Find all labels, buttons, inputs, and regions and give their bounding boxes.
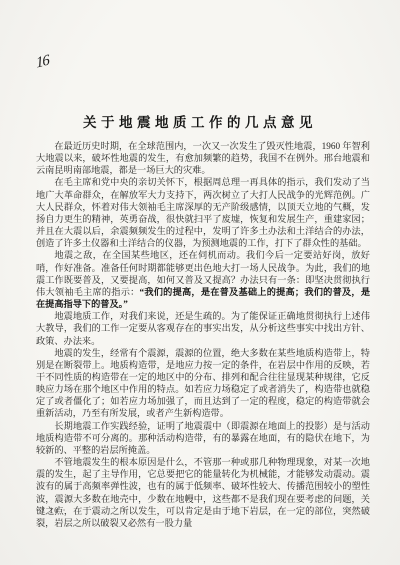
paragraph-2-text: 在毛主席和党中央的亲切关怀下，根据周总理一再具体的指示，我们发动了当地广大革命群… (36, 177, 370, 248)
paragraph-3: 地震之敌，在全国某些地区，还在伺机而动。我们今后一定要站好岗，放好哨，作好准备。… (36, 249, 370, 310)
paragraph-5: 地震的发生，经常有个震源，震源的位置，绝大多数在某些地质构造带上，特别是在断裂带… (36, 347, 370, 420)
paragraph-1: 在最近历史时期，在全球范围内，一次又一次发生了毁灭性地震，1960 年智利大地震… (36, 140, 370, 176)
handwritten-margin-mark: 16 (35, 52, 49, 72)
body-text: 在最近历史时期，在全球范围内，一次又一次发生了毁灭性地震，1960 年智利大地震… (36, 140, 370, 529)
scanned-document-page: 16 关于地震地质工作的几点意见 在最近历史时期，在全球范围内，一次又一次发生了… (0, 0, 400, 565)
paragraph-5-text: 地震的发生，经常有个震源，震源的位置，绝大多数在某些地质构造带上，特别是在断裂带… (36, 348, 370, 419)
paragraph-1-text: 在最近历史时期，在全球范围内，一次又一次发生了毁灭性地震，1960 年智利大地震… (36, 141, 370, 175)
paragraph-2: 在毛主席和党中央的亲切关怀下，根据周总理一再具体的指示，我们发动了当地广大革命群… (36, 176, 370, 249)
paragraph-7: 不管地震发生的根本原因是什么，不管那一种或那几种物理现象，对某一次地震的发生，起… (36, 456, 370, 529)
paragraph-7-text: 不管地震发生的根本原因是什么，不管那一种或那几种物理现象，对某一次地震的发生，起… (36, 457, 370, 528)
page-title: 关于地震地质工作的几点意见 (0, 111, 400, 131)
paragraph-4-text: 地震地质工作，对我们来说，还是生疏的。为了能保证正确地贯彻执行上述伟大教导，我们… (36, 311, 370, 345)
paragraph-6: 长期地震工作实践经验，证明了地震震中（即震源在地面上的投影）是与活动地质构造带不… (36, 420, 370, 456)
page-number: · 10 · (42, 505, 66, 515)
paragraph-4: 地震地质工作，对我们来说，还是生疏的。为了能保证正确地贯彻执行上述伟大教导，我们… (36, 310, 370, 346)
paragraph-6-text: 长期地震工作实践经验，证明了地震震中（即震源在地面上的投影）是与活动地质构造带不… (36, 421, 370, 455)
